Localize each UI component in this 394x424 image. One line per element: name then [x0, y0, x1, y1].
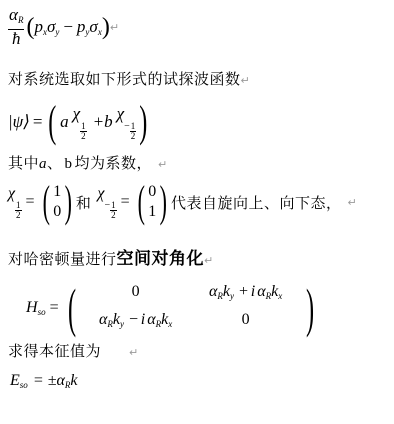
text-prefix: 其中 — [8, 154, 39, 172]
matrix-entry: 0 — [191, 308, 301, 336]
equation-hamiltonian: Hso = ( 0 αRky +iαRkx αRky −iαRkx 0 ) — [26, 280, 319, 336]
left-paren: ( — [137, 180, 144, 224]
equation-rashba: αR ħ ( px σy − py σx ) ↵ — [8, 6, 119, 48]
coefficient-a: a — [60, 112, 69, 132]
symbol-a: a — [39, 156, 47, 172]
hamiltonian-symbol: Hso — [26, 299, 46, 317]
alpha-symbol: α — [9, 5, 18, 24]
hamiltonian-matrix: 0 αRky +iαRkx αRky −iαRkx 0 — [81, 280, 301, 336]
vector-entry: 1 — [53, 182, 61, 202]
paragraph-trial-wavefunction: 对系统选取如下形式的试探波函数↵ — [8, 68, 250, 89]
right-paren: ) — [306, 281, 314, 335]
paragraph-return-icon: ↵ — [204, 254, 214, 267]
hbar-symbol: ħ — [12, 30, 21, 48]
symbol-b: b — [65, 156, 73, 172]
paragraph-return-icon: ↵ — [158, 158, 168, 171]
equation-wavefunction: |ψ⟩ = ( a χ12 +b χ−12 ) — [8, 98, 151, 146]
chi-down: χ−12 — [117, 104, 137, 141]
fraction-alpha-hbar: αR ħ — [8, 6, 24, 48]
spin-up-vector: 1 0 — [53, 182, 61, 222]
right-paren: ) — [160, 180, 167, 224]
matrix-entry: αRky −iαRkx — [81, 308, 191, 336]
equation-eigenvalue: Eso = ±αRk — [10, 370, 77, 390]
text-and: 和 — [76, 192, 92, 213]
sigma-x-term: σx — [89, 17, 101, 37]
separator: 、 — [47, 154, 63, 172]
paragraph-text: 求得本征值为 — [8, 342, 101, 360]
text-suffix: 均为系数， — [75, 154, 153, 172]
spin-description: 代表自旋向上、向下态， — [171, 192, 342, 213]
left-paren: ( — [49, 100, 57, 144]
equals-sign: = — [26, 193, 35, 211]
px-term: px — [34, 17, 47, 37]
paragraph-diagonalization: 对哈密顿量进行空间对角化↵ — [8, 244, 214, 269]
paragraph-eigenvalue: 求得本征值为↵ — [8, 340, 139, 361]
paragraph-coefficients: 其中a、b均为系数，↵ — [8, 152, 168, 173]
right-paren: ) — [65, 180, 72, 224]
right-paren: ) — [102, 14, 110, 41]
paragraph-return-icon: ↵ — [241, 74, 251, 87]
left-paren: ( — [42, 180, 49, 224]
text-bold: 空间对角化 — [117, 249, 205, 269]
vector-entry: 0 — [148, 182, 156, 202]
eigenvalue-rhs: = ±αRk — [33, 372, 78, 389]
left-paren: ( — [68, 281, 76, 335]
ket-psi: |ψ⟩ — [8, 112, 30, 132]
minus-sign: − — [63, 17, 73, 37]
text-normal: 对哈密顿量进行 — [8, 250, 117, 268]
equation-spinors: χ12 = ( 1 0 ) 和 χ−12 = ( 0 1 ) 代表自旋向上、向下… — [8, 178, 357, 226]
chi-up: χ12 — [73, 104, 87, 141]
spin-down-vector: 0 1 — [148, 182, 156, 222]
right-paren: ) — [140, 100, 148, 144]
py-term: py — [77, 17, 90, 37]
paragraph-text: 对系统选取如下形式的试探波函数 — [8, 70, 241, 88]
chi-up: χ12 — [8, 185, 22, 220]
vector-entry: 1 — [148, 202, 156, 222]
plus-b: +b — [93, 112, 113, 132]
matrix-entry: αRky +iαRkx — [191, 280, 301, 308]
subscript: R — [18, 15, 24, 25]
equals-sign: = — [50, 299, 59, 317]
vector-entry: 0 — [53, 202, 61, 222]
sigma-y-term: σy — [47, 17, 59, 37]
equals-sign: = — [121, 193, 130, 211]
equals-sign: = — [33, 112, 43, 132]
paragraph-return-icon: ↵ — [129, 346, 139, 359]
energy-symbol: Eso — [10, 372, 28, 389]
chi-down: χ−12 — [97, 185, 116, 220]
paragraph-return-icon: ↵ — [110, 21, 119, 34]
matrix-entry: 0 — [81, 280, 191, 308]
paragraph-return-icon: ↵ — [347, 196, 356, 209]
